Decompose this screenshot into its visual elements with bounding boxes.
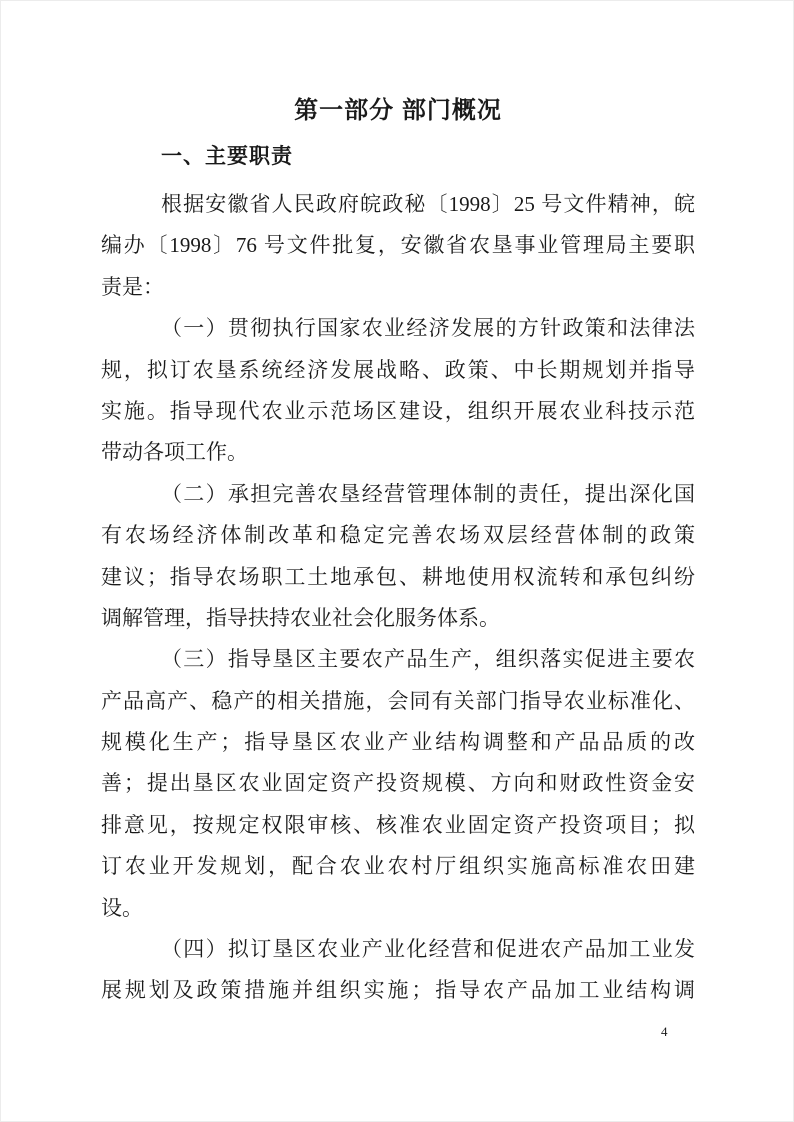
text-line: 排意见，按规定权限审核、核准农业固定资产投资项目；拟 [101, 805, 695, 846]
text-line: （四）拟订垦区农业产业化经营和促进农产品加工业发 [101, 929, 695, 970]
section-heading: 一、主要职责 [161, 143, 293, 171]
text-line: 展规划及政策措施并组织实施；指导农产品加工业结构调 [101, 970, 695, 1011]
paragraph: （四）拟订垦区农业产业化经营和促进农产品加工业发 展规划及政策措施并组织实施；指… [101, 929, 695, 1012]
text-line: （三）指导垦区主要农产品生产，组织落实促进主要农 [101, 639, 695, 680]
text-line: 根据安徽省人民政府皖政秘〔1998〕25 号文件精神，皖 [101, 184, 695, 225]
text-line: （一）贯彻执行国家农业经济发展的方针政策和法律法 [101, 308, 695, 349]
text-line: 责是： [101, 267, 695, 308]
text-line: 有农场经济体制改革和稳定完善农场双层经营体制的政策 [101, 515, 695, 556]
text-line: 订农业开发规划，配合农业农村厅组织实施高标准农田建 [101, 846, 695, 887]
text-line: 编办〔1998〕76 号文件批复，安徽省农垦事业管理局主要职 [101, 225, 695, 266]
text-line: 设。 [101, 888, 695, 929]
text-line: 带动各项工作。 [101, 432, 695, 473]
paragraph: （一）贯彻执行国家农业经济发展的方针政策和法律法 规，拟订农垦系统经济发展战略、… [101, 308, 695, 474]
document-body: 根据安徽省人民政府皖政秘〔1998〕25 号文件精神，皖 编办〔1998〕76 … [101, 184, 695, 1012]
page-number: 4 [661, 1024, 668, 1040]
text-line: 善；提出垦区农业固定资产投资规模、方向和财政性资金安 [101, 763, 695, 804]
text-line: （二）承担完善农垦经营管理体制的责任，提出深化国 [101, 474, 695, 515]
text-line: 实施。指导现代农业示范场区建设，组织开展农业科技示范 [101, 391, 695, 432]
text-line: 建议；指导农场职工土地承包、耕地使用权流转和承包纠纷 [101, 557, 695, 598]
paragraph: 根据安徽省人民政府皖政秘〔1998〕25 号文件精神，皖 编办〔1998〕76 … [101, 184, 695, 308]
paragraph: （二）承担完善农垦经营管理体制的责任，提出深化国 有农场经济体制改革和稳定完善农… [101, 474, 695, 640]
text-line: 产品高产、稳产的相关措施，会同有关部门指导农业标准化、 [101, 681, 695, 722]
text-line: 规，拟订农垦系统经济发展战略、政策、中长期规划并指导 [101, 350, 695, 391]
paragraph: （三）指导垦区主要农产品生产，组织落实促进主要农 产品高产、稳产的相关措施，会同… [101, 639, 695, 929]
text-line: 规模化生产；指导垦区农业产业结构调整和产品品质的改 [101, 722, 695, 763]
document-page: 第一部分 部门概况 一、主要职责 根据安徽省人民政府皖政秘〔1998〕25 号文… [0, 0, 794, 1122]
text-line: 调解管理，指导扶持农业社会化服务体系。 [101, 598, 695, 639]
page-title: 第一部分 部门概况 [1, 95, 794, 127]
